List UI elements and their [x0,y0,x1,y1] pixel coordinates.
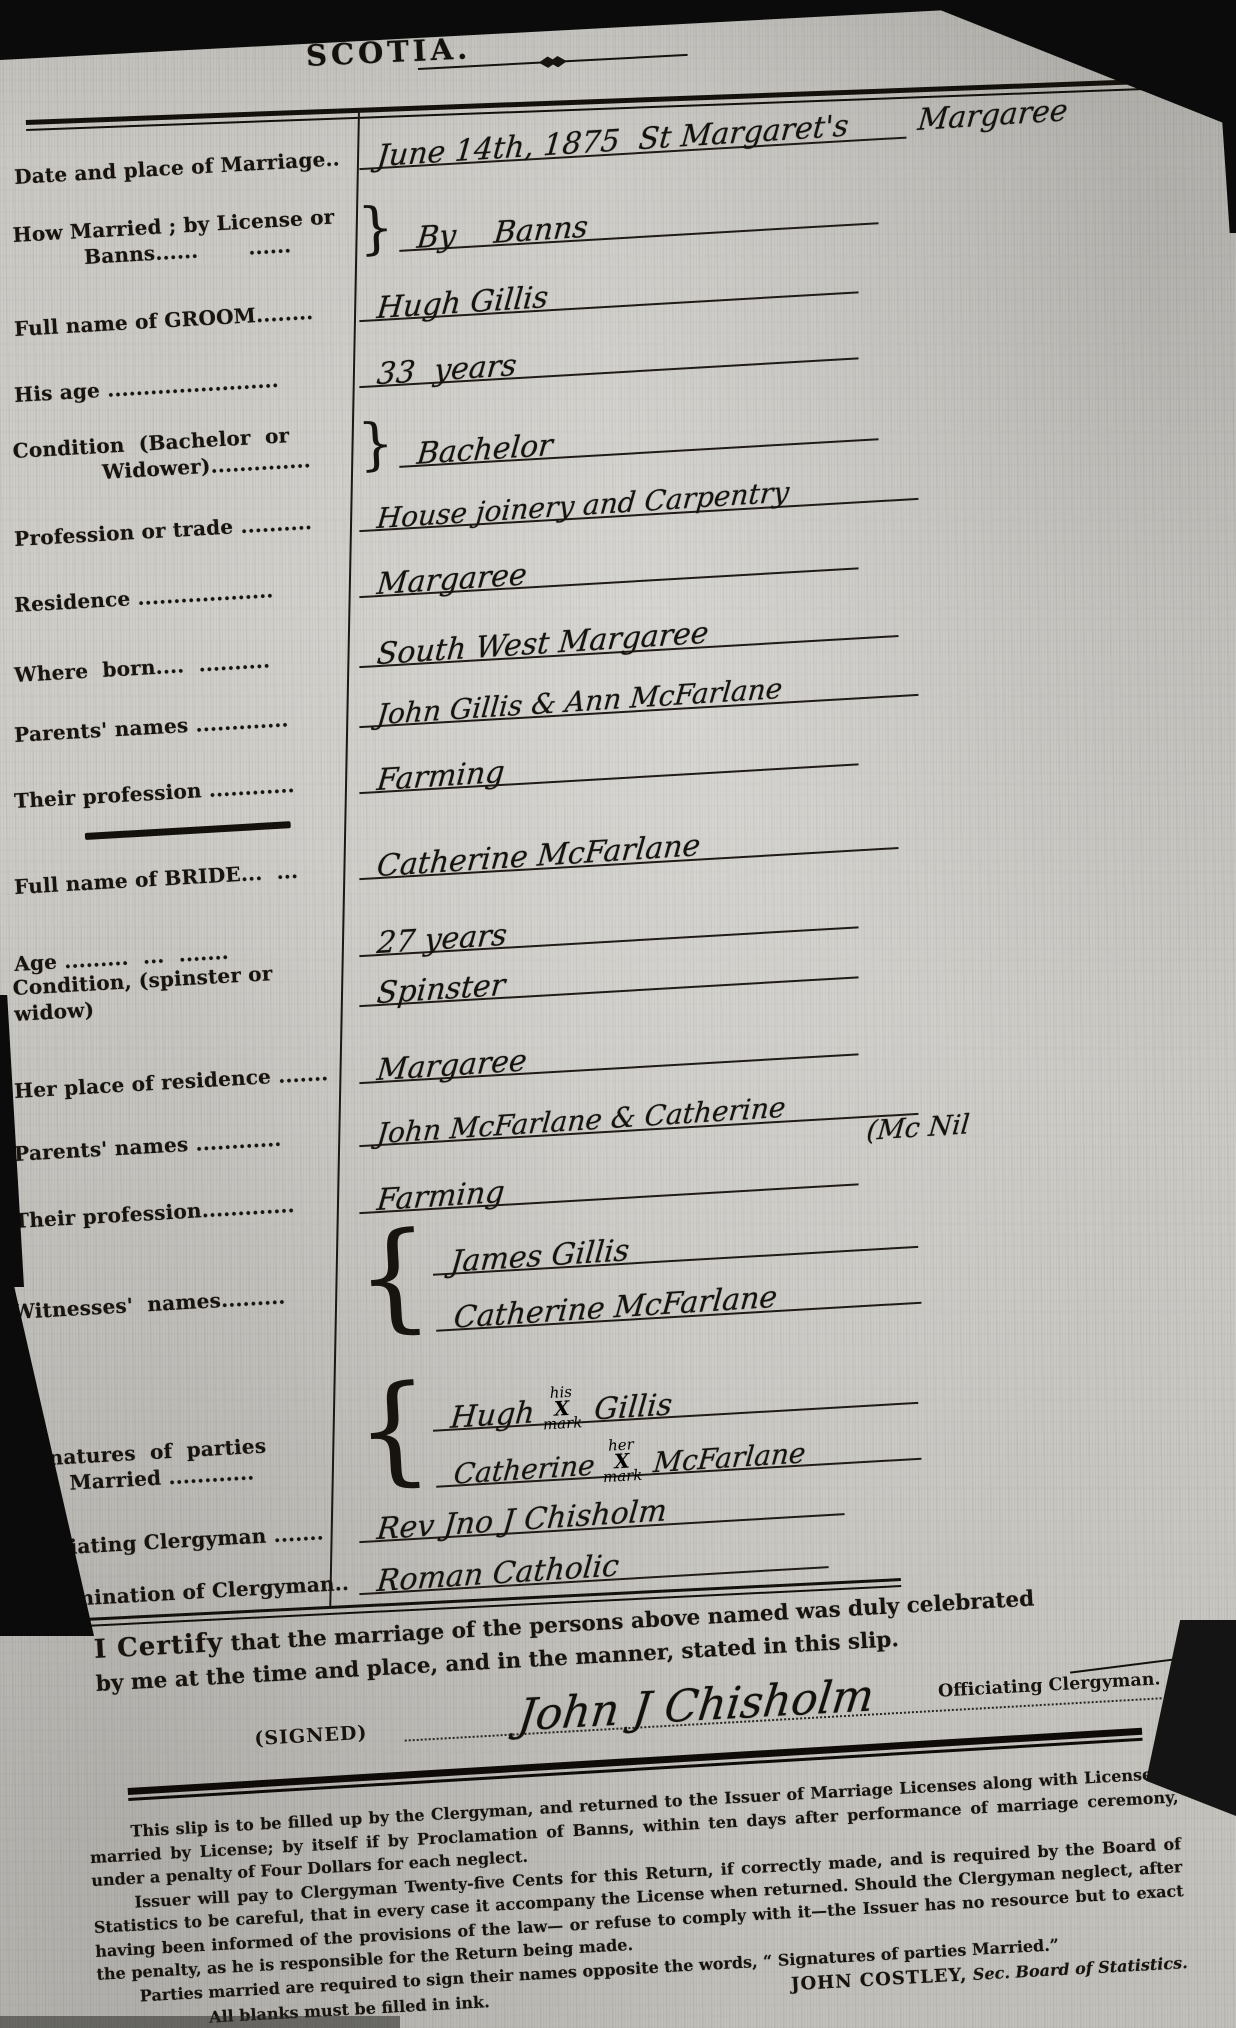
label-brace: } [357,420,395,470]
scanned-marriage-record: { "colors":{"paper":"#cccac5","ink":"#16… [0,0,1236,2028]
value-brace: { [353,1375,434,1483]
officiating-clergyman-caption: Officiating Clergyman. [938,1669,1161,1701]
ornament-line-left [418,62,542,70]
field-value-handwritten: 27 years [376,921,509,960]
certify-lead-word: I Certify [93,1628,224,1665]
value-brace: { [353,1222,434,1330]
ornament-line-right [564,54,688,62]
field-value-handwritten: Bachelor [415,431,553,470]
ornament-diamond-icon [549,56,567,67]
label-brace: } [357,204,395,254]
field-value-handwritten: Farming [376,758,506,796]
scan-edge-bottom-bar [0,2016,400,2028]
field-value-overflow: Margaree [916,96,1069,136]
field-label: Witnesses' names......... [12,1279,358,1325]
field-value-handwritten: 33 years [376,351,518,390]
her-mark-annotation: herXmark [601,1438,643,1484]
field-value-handwritten: Spinster [376,971,507,1009]
field-label: Signatures of partiesMarried ...........… [11,1427,358,1499]
